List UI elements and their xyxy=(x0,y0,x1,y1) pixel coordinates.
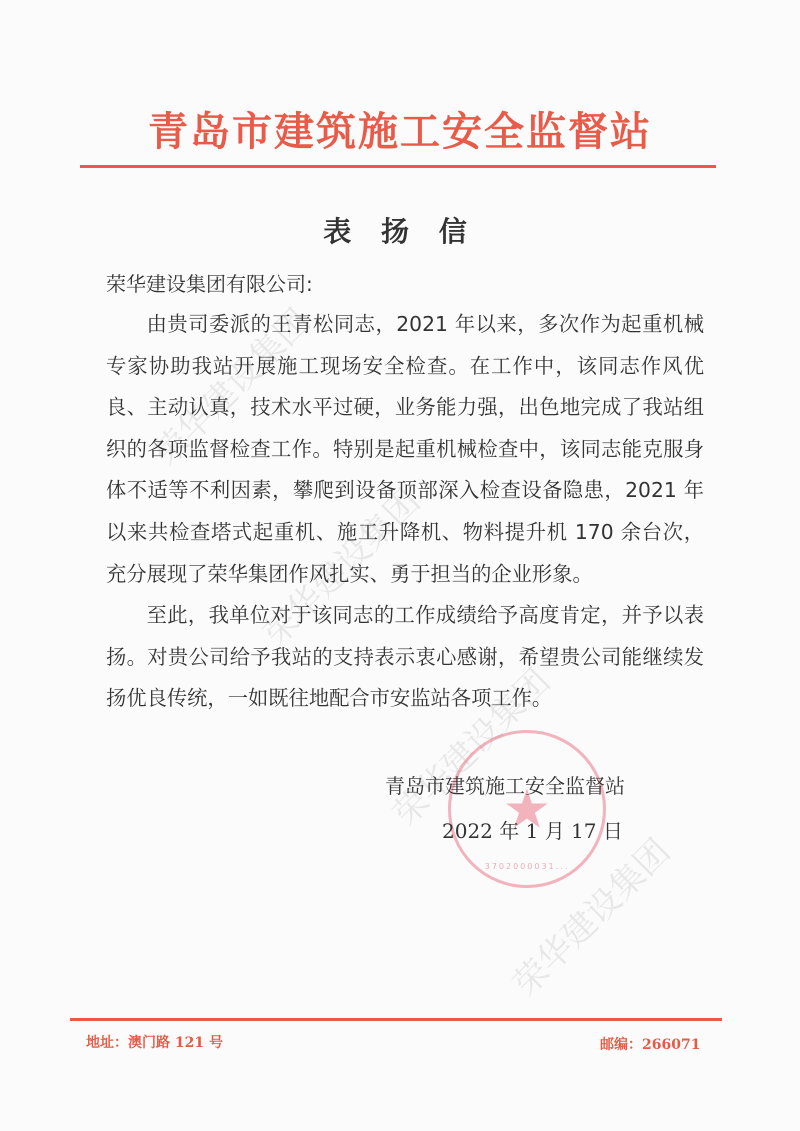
letterhead-divider xyxy=(80,165,716,168)
document-title: 表 扬 信 xyxy=(0,210,800,250)
paragraph: 至此，我单位对于该同志的工作成绩给予高度肯定，并予以表扬。对贵公司给予我站的支持… xyxy=(106,595,704,720)
letterhead-title: 青岛市建筑施工安全监督站 xyxy=(0,100,800,157)
footer-postcode: 邮编：266071 xyxy=(600,1034,700,1054)
letter-body: 由贵司委派的王青松同志，2021 年以来，多次作为起重机械专家协助我站开展施工现… xyxy=(106,304,704,720)
signature: 青岛市建筑施工安全监督站 xyxy=(385,770,625,799)
salutation: 荣华建设集团有限公司: xyxy=(106,268,313,297)
footer-divider xyxy=(70,1018,722,1021)
official-seal: ★ 3702000031... xyxy=(448,730,606,888)
seal-number: 3702000031... xyxy=(451,862,603,871)
paragraph: 由贵司委派的王青松同志，2021 年以来，多次作为起重机械专家协助我站开展施工现… xyxy=(106,304,704,595)
footer-address: 地址：澳门路 121 号 xyxy=(86,1032,223,1052)
date: 2022 年 1 月 17 日 xyxy=(442,815,623,844)
